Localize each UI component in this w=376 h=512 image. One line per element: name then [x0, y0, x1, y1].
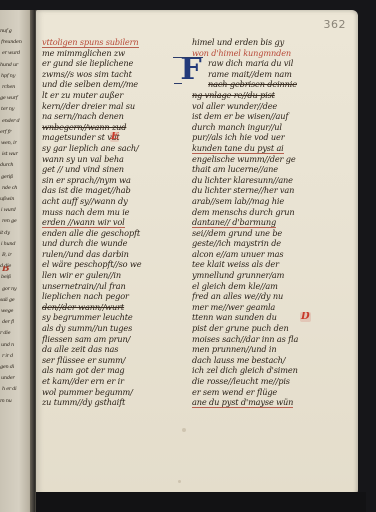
script-line-text: vttoligen spuns subilern [42, 38, 139, 48]
script-line-text: zwms//s wos sim tacht [42, 69, 132, 80]
script-line: zwms//s wos sim tacht [42, 69, 172, 80]
script-line-text: acht auff sy//wann dy [42, 196, 128, 207]
script-line-text: himel und erden bis gy [192, 37, 284, 48]
script-line-text: ng vnlage re//du pist [192, 90, 275, 101]
script-line-text: dach lauss me bestach/ [192, 355, 285, 366]
script-line: ist dem er be wisen//auf [192, 111, 340, 122]
script-line-text: arab//sem lab//mag hie [192, 196, 284, 207]
script-line-text: thait am lucerne//ane [192, 164, 278, 175]
script-line-text: ane du pyst d'mayse wün [192, 398, 293, 408]
script-line: rulen//und das darbin [42, 249, 172, 260]
facing-page-text-fragment: rchen [2, 84, 32, 91]
page-bottom-shadow [36, 492, 366, 512]
script-line-text: lt er zu muter außer [42, 90, 123, 101]
script-line: als dy summ//un tuges [42, 323, 172, 334]
script-line: et kam//der ern er ir [42, 376, 172, 387]
script-line-text: dem menschs durch grun [192, 207, 295, 218]
facing-page-text-fragment: under [1, 375, 31, 382]
script-line-text: du lichter sterne//her van [192, 185, 294, 196]
script-line: na sern//nach denen [42, 111, 172, 122]
facing-page-text-fragment: durch [0, 162, 30, 169]
script-line: vttoligen spuns subilern [42, 37, 172, 48]
script-line-text: da alle zeit das nas [42, 344, 118, 355]
script-line-text: enden alle die geschopft [42, 228, 140, 239]
script-line-text: na sern//nach denen [42, 111, 124, 122]
script-line-text: me mimmglichen zw [42, 48, 125, 59]
facing-page-text-fragment: ter ny [1, 106, 31, 113]
script-line: pur//als ich hie vod uer [192, 132, 340, 143]
script-line-text: ymnellund grunner/am [192, 270, 284, 281]
script-line: dach lauss me bestach/ [192, 355, 340, 366]
script-line-text: moises sach//dar inn as fla [192, 334, 298, 345]
script-line: und durch die wunde [42, 238, 172, 249]
script-line-text: zu tumm//dy gsthaift [42, 397, 125, 408]
script-line-text: kunden tane du pyst ai [192, 144, 284, 154]
facing-page-text-fragment: B, ir [2, 252, 32, 259]
script-line-text: get // und vind sinen [42, 164, 124, 175]
script-line-text: fred an alles we//dy nu [192, 291, 283, 302]
script-line: muss nach dem mu ie [42, 207, 172, 218]
facing-page-text-fragment: ender d [2, 118, 32, 125]
script-line: erden //wann wir vol [42, 217, 172, 228]
script-line-text: dantane// d'barmung [192, 218, 276, 228]
script-line-text: als dy summ//un tuges [42, 323, 132, 334]
script-line-text: geste//ich maystrin de [192, 238, 281, 249]
script-line: sy gar lieplich ane sach/ [42, 143, 172, 154]
facing-page-red-initial: B [2, 266, 32, 273]
script-line: kern//der dreier mal su [42, 101, 172, 112]
script-line-text: el gleich dem kle//am [192, 281, 278, 292]
text-column-right: himel und erden bis gywon d'himel kungmn… [192, 37, 340, 408]
script-line-text: wol pummer begumm/ [42, 387, 133, 398]
facing-page-text-fragment: it dy [0, 230, 30, 237]
facing-page-text-fragment: m nu [0, 398, 30, 405]
folio-number: 362 [324, 18, 347, 31]
script-line: sin er sprach//nym wa [42, 175, 172, 186]
script-line-text: muss nach dem mu ie [42, 207, 129, 218]
facing-page-text-fragment: freunden [1, 39, 31, 46]
decorated-initial-blue: F [179, 54, 203, 86]
facing-page-left-edge: nuf gfreundener wurdhund urhpf nyrchenge… [0, 10, 34, 512]
script-line: zu tumm//dy gsthaift [42, 397, 172, 408]
script-line: vol aller wunder//dee [192, 101, 340, 112]
script-line-text: rame mait//dem nam [208, 69, 292, 80]
script-line: alcon e//am unuer mas [192, 249, 340, 260]
script-line: el gleich dem kle//am [192, 281, 340, 292]
script-line: als nam got der mag [42, 365, 172, 376]
script-line: moises sach//dar inn as fla [192, 334, 340, 345]
facing-page-text-fragment: hund ur [0, 62, 30, 69]
script-line: dem menschs durch grun [192, 207, 340, 218]
script-line-text: sy begrummer leuchte [42, 312, 133, 323]
script-line: llen wir er gulen//in [42, 270, 172, 281]
script-line: tee klait weiss als der [192, 259, 340, 270]
script-line-text: pur//als ich hie vod uer [192, 132, 285, 143]
script-line: sy begrummer leuchte [42, 312, 172, 323]
script-line-text: als nam got der mag [42, 365, 125, 376]
script-line: das ist die maget//hab [42, 185, 172, 196]
script-line: sei//dem grund une be [192, 228, 340, 239]
script-line: er gund sie lieplichene [42, 58, 172, 69]
script-line-text: wnbegern//wann zud [42, 122, 126, 133]
script-line: ng vnlage re//du pist [192, 90, 340, 101]
script-line-text: men prunnen//und in [192, 344, 277, 355]
script-line-text: pist der grune puch den [192, 323, 289, 334]
script-line-text: rulen//und das darbin [42, 249, 129, 260]
facing-page-text-fragment: sali ge [0, 297, 30, 304]
script-line-text: das ist die maget//hab [42, 185, 131, 196]
script-line: und die selben dem//me [42, 79, 172, 90]
script-line-text: magetsunder st vat [42, 132, 120, 143]
script-line-text: et kam//der ern er ir [42, 376, 124, 387]
script-line: lt er zu muter außer [42, 90, 172, 101]
script-line: den//der wann//wurt [42, 302, 172, 313]
script-line-text: sin er sprach//nym wa [42, 175, 131, 186]
script-line: me mimmglichen zw [42, 48, 172, 59]
script-line: thait am lucerne//ane [192, 164, 340, 175]
facing-page-text-fragment: ren ge [2, 218, 32, 225]
script-line: fliessen sam am prun/ [42, 334, 172, 345]
script-line-text: ist dem er be wisen//auf [192, 111, 288, 122]
script-line-text: tee klait weiss als der [192, 259, 279, 270]
script-line-text: ich zel dich gleich d'simen [192, 365, 298, 376]
script-line-text: er sem wend er flüge [192, 387, 277, 398]
facing-page-text-fragment: hpf ny [1, 73, 31, 80]
facing-page-text-fragment: und n [1, 342, 31, 349]
script-line: raw dich maria du vil [192, 58, 340, 69]
script-line: fred an alles we//dy nu [192, 291, 340, 302]
script-line: get // und vind sinen [42, 164, 172, 175]
script-line: die rosse//leucht me//pis [192, 376, 340, 387]
script-line-text: nach gebrisen deinnie [208, 79, 297, 90]
script-line: ser flüssee er summ/ [42, 355, 172, 366]
facing-page-text-fragment: ist wur [2, 151, 32, 158]
facing-page-text-fragment: r die [0, 330, 30, 337]
script-line-text: ttenn wan sunden du [192, 312, 277, 323]
script-line: durch manch ingur//ul [192, 122, 340, 133]
script-line-text: llen wir er gulen//in [42, 270, 121, 281]
script-line-text: won d'himel kungmnden [192, 48, 291, 59]
facing-page-text-fragment: wege [1, 308, 31, 315]
script-line-text: engelische wumm//der ge [192, 154, 296, 165]
script-line: rame mait//dem nam [192, 69, 340, 80]
script-line-text: mer me//wer geamla [192, 302, 275, 313]
script-line: magetsunder st vatE [42, 132, 172, 143]
facing-page-text-fragment: i hund [1, 241, 31, 248]
script-line-text: die rosse//leucht me//pis [192, 376, 290, 387]
facing-page-text-fragment: gen di [0, 364, 30, 371]
script-line-text: durch manch ingur//ul [192, 122, 282, 133]
script-line-text: und durch die wunde [42, 238, 127, 249]
script-line: geste//ich maystrin de [192, 238, 340, 249]
script-line: nach gebrisen deinnie [192, 79, 340, 90]
script-line: mer me//wer geamla [192, 302, 340, 313]
script-line: wnbegern//wann zud [42, 122, 172, 133]
script-line: da alle zeit das nas [42, 344, 172, 355]
script-line: unsernetrain//ul fran [42, 281, 172, 292]
script-line: pist der grune puch den [192, 323, 340, 334]
manuscript-page: 362 vttoligen spuns subilernme mimmglich… [36, 10, 358, 496]
script-line-text: er gund sie lieplichene [42, 58, 133, 69]
script-line: wann sy un val beha [42, 154, 172, 165]
facing-page-text-fragment: ußwin [0, 196, 30, 203]
script-line-text: vol aller wunder//dee [192, 101, 277, 112]
script-line: du lichter sterne//her van [192, 185, 340, 196]
facing-page-text-fragment: nde ch [2, 185, 32, 192]
script-line: el wäre peschopft//so we [42, 259, 172, 270]
script-line-text: sy gar lieplich ane sach/ [42, 143, 139, 154]
script-line-text: sei//dem grund une be [192, 228, 282, 239]
facing-page-text-fragment: nuf g [0, 28, 30, 35]
script-line-text: fliessen sam am prun/ [42, 334, 130, 345]
script-line-text: wann sy un val beha [42, 154, 124, 165]
facing-page-text-fragment: i wurd [1, 207, 31, 214]
script-line-text: erden //wann wir vol [42, 218, 125, 228]
facing-page-text-fragment: ge wurf [0, 95, 30, 102]
facing-page-text-fragment: beiß [1, 274, 31, 281]
script-line: enden alle die geschopft [42, 228, 172, 239]
script-line: ich zel dich gleich d'simen [192, 365, 340, 376]
script-line: dantane// d'barmung [192, 217, 340, 228]
facing-page-text-fragment: der fl [2, 319, 32, 326]
script-line-text: raw dich maria du vil [208, 58, 293, 69]
script-line: ane du pyst d'mayse wün [192, 397, 340, 408]
script-line: wol pummer begumm/ [42, 387, 172, 398]
script-line: himel und erden bis gy [192, 37, 340, 48]
script-line-text: alcon e//am unuer mas [192, 249, 283, 260]
script-line-text: du lichter klaresunn//ane [192, 175, 293, 186]
facing-page-text-fragment: er wurd [2, 50, 32, 57]
parchment-stain [182, 428, 186, 432]
script-line-text: unsernetrain//ul fran [42, 281, 126, 292]
script-line-text: lieplichen nach pegor [42, 291, 129, 302]
parchment-stain [178, 480, 181, 483]
script-line: won d'himel kungmnden [192, 48, 340, 59]
script-line: engelische wumm//der ge [192, 154, 340, 165]
script-line-text: el wäre peschopft//so we [42, 259, 141, 270]
script-line: er sem wend er flüge [192, 387, 340, 398]
facing-page-text-fragment: h er di [2, 386, 32, 393]
script-line-text: ser flüssee er summ/ [42, 355, 125, 366]
facing-page-text-fragment: erf fr [0, 129, 30, 136]
script-line-text: und die selben dem//me [42, 79, 138, 90]
script-line: acht auff sy//wann dy [42, 196, 172, 207]
facing-page-text-fragment: wen, ir [1, 140, 31, 147]
script-line: du lichter klaresunn//ane [192, 175, 340, 186]
script-line: lieplichen nach pegor [42, 291, 172, 302]
facing-page-text-fragment: r ir d [2, 353, 32, 360]
script-line: kunden tane du pyst ai [192, 143, 340, 154]
script-line-text: kern//der dreier mal su [42, 101, 135, 112]
script-line-text: den//der wann//wurt [42, 302, 124, 313]
red-initial: E [110, 132, 119, 142]
facing-page-text-fragment: geriß [1, 174, 31, 181]
red-initial: D [300, 312, 311, 322]
script-line: arab//sem lab//mag hie [192, 196, 340, 207]
script-line: ymnellund grunner/am [192, 270, 340, 281]
script-line: ttenn wan sunden duD [192, 312, 340, 323]
script-line: men prunnen//und in [192, 344, 340, 355]
facing-page-text-fragment: gor ny [2, 286, 32, 293]
text-column-left: vttoligen spuns subilernme mimmglichen z… [42, 37, 172, 408]
